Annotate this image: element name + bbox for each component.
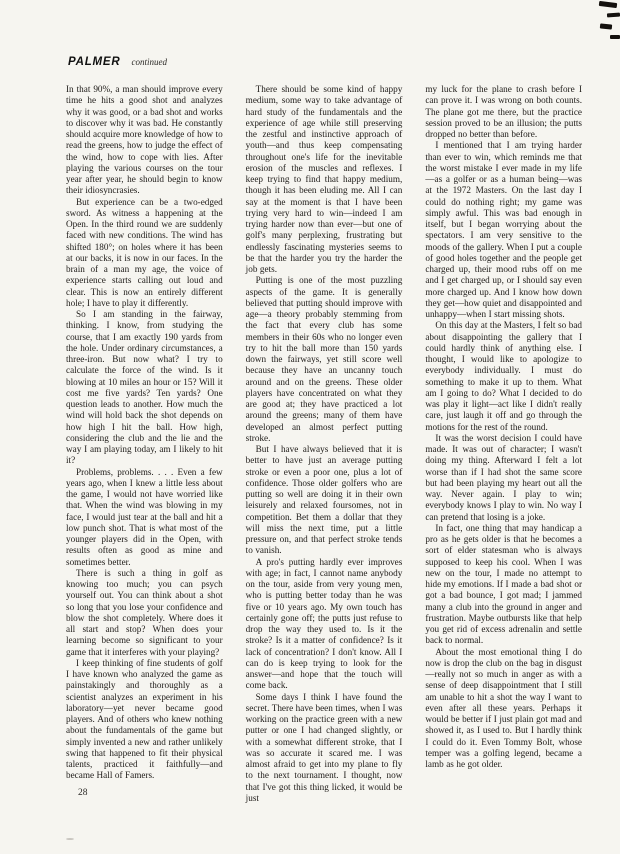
article-title: Palmer [68, 56, 121, 68]
article-paragraph: In that 90%, a man should improve every … [66, 84, 223, 197]
article-paragraph: I mentioned that I am trying harder than… [425, 140, 582, 320]
article-paragraph: Putting is one of the most puzzling aspe… [246, 275, 403, 444]
scan-artifact [610, 35, 620, 39]
article-paragraph: In fact, one thing that may handicap a p… [425, 523, 582, 647]
article-paragraph: But experience can be a two-edged sword.… [66, 197, 223, 310]
text-column-2: There should be some kind of happy mediu… [246, 84, 403, 804]
article-paragraph: It was the worst decision I could have m… [425, 433, 582, 523]
article-paragraph: Some days I think I have found the secre… [246, 692, 403, 805]
continued-label: continued [132, 57, 168, 67]
article-paragraph: But I have always believed that it is be… [246, 444, 403, 557]
page-number: 28 [78, 788, 88, 798]
article-paragraph: A pro's putting hardly ever improves wit… [246, 557, 403, 692]
text-column-3: my luck for the plane to crash before I … [425, 84, 582, 804]
article-paragraph: There should be some kind of happy mediu… [246, 84, 403, 275]
article-paragraph: There is such a thing in golf as knowing… [66, 568, 223, 658]
article-header: Palmer continued [68, 52, 167, 70]
scan-smudge [66, 838, 74, 840]
scan-artifact [607, 13, 620, 18]
article-paragraph: So I am standing in the fairway, thinkin… [66, 309, 223, 467]
article-paragraph: About the most emotional thing I do now … [425, 647, 582, 771]
magazine-page: Palmer continued In that 90%, a man shou… [0, 0, 620, 854]
article-paragraph: my luck for the plane to crash before I … [425, 84, 582, 140]
scan-artifact [599, 1, 617, 8]
article-paragraph: On this day at the Masters, I felt so ba… [425, 320, 582, 433]
text-column-1: In that 90%, a man should improve every … [66, 84, 223, 804]
article-paragraph: Problems, problems. . . . Even a few yea… [66, 467, 223, 568]
article-paragraph: I keep thinking of fine students of golf… [66, 658, 223, 782]
scan-artifact [600, 23, 612, 29]
article-body: In that 90%, a man should improve every … [66, 84, 582, 804]
